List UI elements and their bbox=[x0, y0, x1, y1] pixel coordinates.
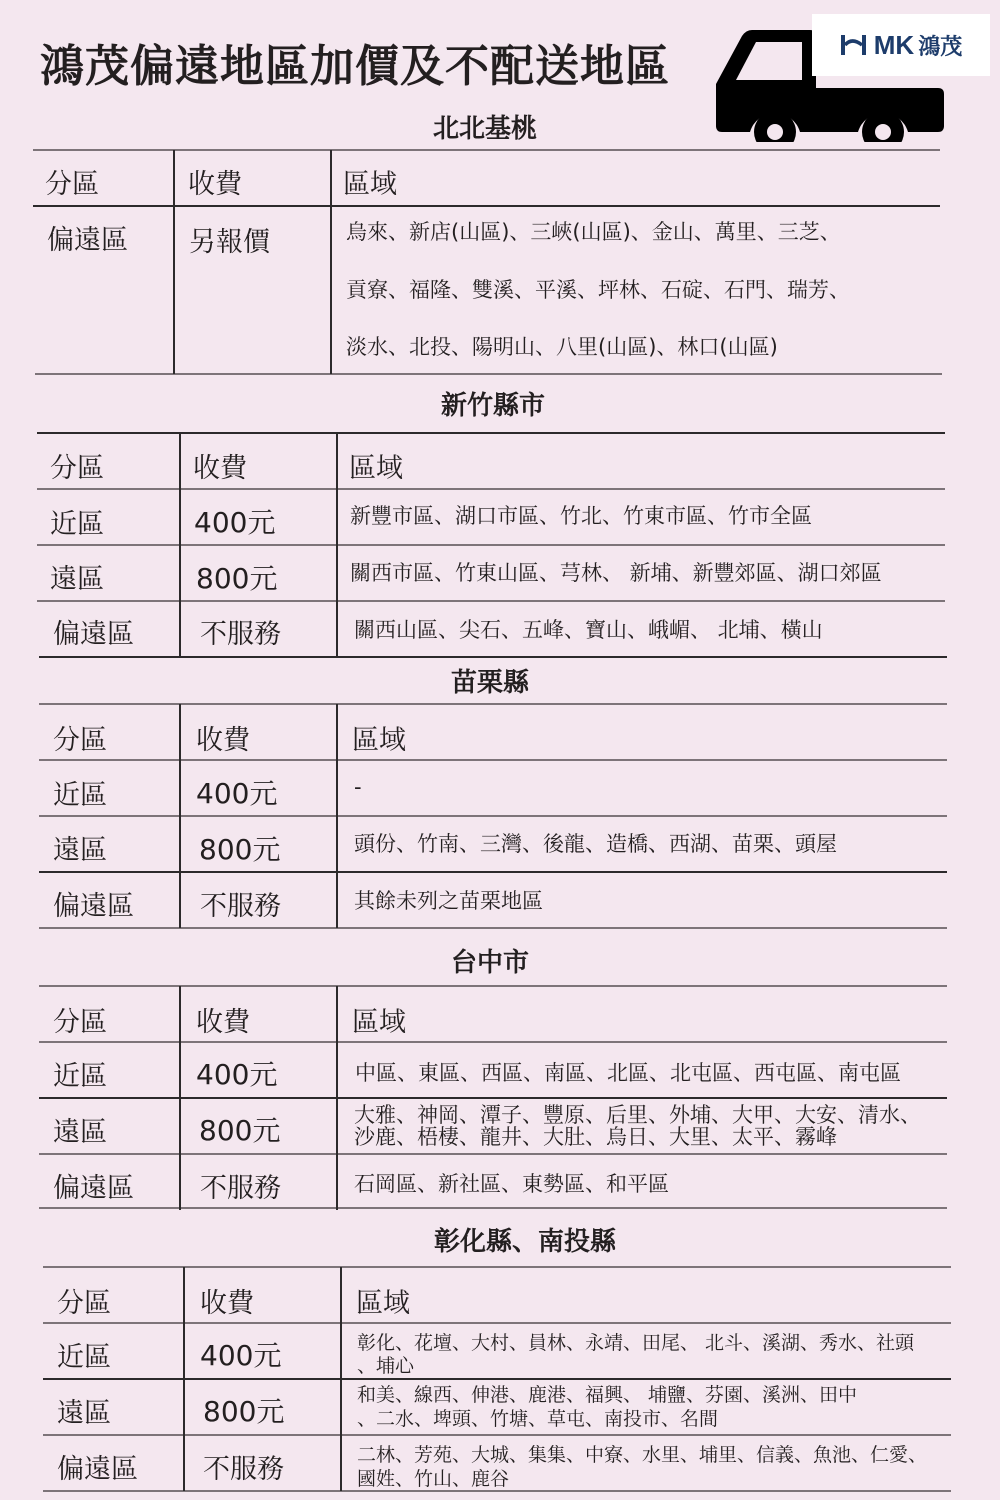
row-zone: 遠區 bbox=[53, 828, 107, 867]
row-area-line: 頭份、竹南、三灣、後龍、造橋、西湖、苗栗、頭屋 bbox=[354, 815, 837, 873]
logo-text-cn: 鴻茂 bbox=[918, 30, 962, 61]
row-zone: 偏遠區 bbox=[53, 612, 134, 651]
row-zone: 偏遠區 bbox=[47, 218, 128, 257]
row-area-line: 烏來、新店(山區)、三峽(山區)、金山、萬里、三芝、 bbox=[346, 203, 841, 261]
row-fee: 800元 bbox=[199, 1109, 280, 1149]
header-fee: 收費 bbox=[196, 718, 250, 757]
row-fee: 400元 bbox=[196, 1053, 277, 1093]
row-fee: 不服務 bbox=[200, 1166, 281, 1205]
row-zone: 偏遠區 bbox=[53, 884, 134, 923]
row-area-line: 中區、東區、西區、南區、北區、北屯區、西屯區、南屯區 bbox=[355, 1044, 901, 1102]
row-zone: 偏遠區 bbox=[53, 1166, 134, 1205]
row-area-line: 大雅、神岡、潭子、豐原、后里、外埔、大甲、大安、清水、 bbox=[354, 1104, 921, 1126]
row-area-line: 、埔心 bbox=[357, 1355, 414, 1377]
header-zone: 分區 bbox=[57, 1281, 111, 1320]
header-area: 區域 bbox=[352, 1000, 406, 1039]
row-area-line: 、二水、埤頭、竹塘、草屯、南投市、名間 bbox=[357, 1408, 718, 1430]
row-area-line: - bbox=[354, 758, 362, 816]
row-fee: 800元 bbox=[196, 557, 277, 597]
row-zone: 近區 bbox=[53, 773, 107, 812]
header-fee: 收費 bbox=[188, 162, 242, 201]
row-fee: 不服務 bbox=[200, 884, 281, 923]
hmk-logo-mark-icon bbox=[840, 33, 870, 57]
row-area-line: 和美、線西、伸港、鹿港、福興、 埔鹽、芬園、溪洲、田中 bbox=[357, 1384, 857, 1406]
header-area: 區域 bbox=[356, 1281, 410, 1320]
page-title: 鴻茂偏遠地區加價及不配送地區 bbox=[40, 30, 670, 94]
row-area-line: 新豐市區、湖口市區、竹北、竹東市區、竹市全區 bbox=[350, 487, 812, 545]
row-area-line: 國姓、竹山、鹿谷 bbox=[357, 1468, 509, 1490]
row-zone: 遠區 bbox=[53, 1110, 107, 1149]
row-fee: 400元 bbox=[200, 1334, 281, 1374]
header-fee: 收費 bbox=[193, 446, 247, 485]
logo-text-mk: MK bbox=[874, 30, 914, 61]
row-zone: 近區 bbox=[50, 502, 104, 541]
row-fee: 400元 bbox=[194, 501, 275, 541]
row-fee: 800元 bbox=[203, 1390, 284, 1430]
row-zone: 近區 bbox=[57, 1335, 111, 1374]
row-area-line: 關西山區、尖石、五峰、寶山、峨嵋、 北埔、橫山 bbox=[354, 601, 823, 659]
row-fee: 另報價 bbox=[189, 220, 270, 259]
row-fee: 800元 bbox=[199, 828, 280, 868]
row-fee: 不服務 bbox=[200, 612, 281, 651]
header-fee: 收費 bbox=[200, 1281, 254, 1320]
row-zone: 遠區 bbox=[50, 557, 104, 596]
header-zone: 分區 bbox=[53, 1000, 107, 1039]
row-area-line: 二林、芳苑、大城、集集、中寮、水里、埔里、信義、魚池、仁愛、 bbox=[357, 1444, 927, 1466]
header-area: 區域 bbox=[352, 718, 406, 757]
section-title: 北北基桃 bbox=[385, 108, 585, 145]
row-zone: 近區 bbox=[53, 1054, 107, 1093]
row-area-line: 彰化、花壇、大村、員林、永靖、田尾、 北斗、溪湖、秀水、社頭 bbox=[357, 1332, 914, 1354]
row-zone: 遠區 bbox=[57, 1391, 111, 1430]
header-area: 區域 bbox=[343, 162, 397, 201]
section-title: 台中市 bbox=[390, 942, 590, 979]
header-zone: 分區 bbox=[45, 162, 99, 201]
row-area-line: 淡水、北投、陽明山、八里(山區)、林口(山區) bbox=[346, 318, 778, 376]
row-area-line: 沙鹿、梧棲、龍井、大肚、烏日、大里、太平、霧峰 bbox=[354, 1126, 837, 1148]
section-title: 新竹縣市 bbox=[393, 385, 593, 422]
header-zone: 分區 bbox=[50, 446, 104, 485]
row-area-line: 石岡區、新社區、東勢區、和平區 bbox=[354, 1155, 669, 1213]
row-fee: 不服務 bbox=[203, 1447, 284, 1486]
section-title: 苗栗縣 bbox=[390, 662, 590, 699]
brand-logo: MK 鴻茂 bbox=[812, 14, 990, 76]
section-title: 彰化縣、南投縣 bbox=[400, 1221, 650, 1258]
row-area-line: 其餘未列之苗栗地區 bbox=[354, 872, 543, 930]
header-area: 區域 bbox=[349, 446, 403, 485]
header-fee: 收費 bbox=[196, 1000, 250, 1039]
header-zone: 分區 bbox=[53, 718, 107, 757]
row-fee: 400元 bbox=[196, 772, 277, 812]
row-area-line: 關西市區、竹東山區、芎林、 新埔、新豐郊區、湖口郊區 bbox=[350, 544, 882, 602]
row-zone: 偏遠區 bbox=[57, 1447, 138, 1486]
row-area-line: 貢寮、福隆、雙溪、平溪、坪林、石碇、石門、瑞芳、 bbox=[346, 261, 850, 319]
